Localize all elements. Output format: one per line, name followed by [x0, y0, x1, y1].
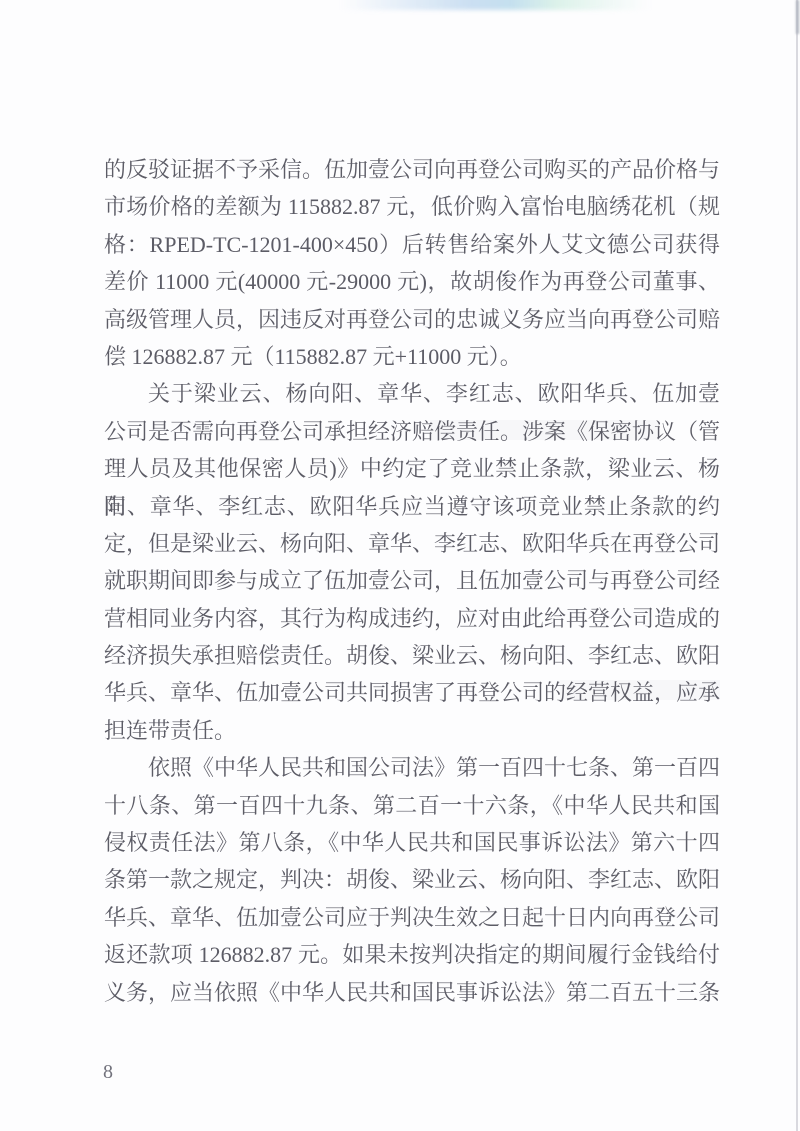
- text-line: 依照《中华人民共和国公司法》第一百四十七条、第一百四: [104, 749, 720, 786]
- text-line: 华兵、章华、伍加壹公司共同损害了再登公司的经营权益，应承: [104, 674, 720, 711]
- text-line: 十八条、第一百四十九条、第二百一十六条，《中华人民共和国: [104, 787, 720, 824]
- text-line: 差价 11000 元(40000 元-29000 元)，故胡俊作为再登公司董事、: [104, 263, 720, 300]
- scan-smudge-artifact: [340, 0, 650, 10]
- document-page: 的反驳证据不予采信。伍加壹公司向再登公司购买的产品价格与 市场价格的差额为 11…: [0, 0, 800, 1131]
- text-line: 华兵、章华、伍加壹公司应于判决生效之日起十日内向再登公司: [104, 899, 720, 936]
- text-line: 就职期间即参与成立了伍加壹公司，且伍加壹公司与再登公司经: [104, 562, 720, 599]
- text-line: 偿 126882.87 元（115882.87 元+11000 元）。: [104, 338, 720, 375]
- scan-edge-line-top: [796, 0, 799, 34]
- text-line: 公司是否需向再登公司承担经济赔偿责任。涉案《保密协议（管: [104, 413, 720, 450]
- text-line: 高级管理人员，因违反对再登公司的忠诚义务应当向再登公司赔: [104, 301, 720, 338]
- judgment-text-block: 的反驳证据不予采信。伍加壹公司向再登公司购买的产品价格与 市场价格的差额为 11…: [104, 151, 720, 1011]
- text-line: 担连带责任。: [104, 712, 720, 749]
- page-number: 8: [103, 1058, 113, 1086]
- text-line: 营相同业务内容，其行为构成违约，应对由此给再登公司造成的: [104, 600, 720, 637]
- text-line: 条第一款之规定，判决：胡俊、梁业云、杨向阳、李红志、欧阳: [104, 861, 720, 898]
- text-line: 的反驳证据不予采信。伍加壹公司向再登公司购买的产品价格与: [104, 151, 720, 188]
- text-line: 理人员及其他保密人员)》中约定了竞业禁止条款，梁业云、杨向: [104, 450, 720, 487]
- text-line: 阳、章华、李红志、欧阳华兵应当遵守该项竞业禁止条款的约: [104, 488, 720, 525]
- scan-edge-line: [796, 0, 798, 1131]
- text-line: 侵权责任法》第八条，《中华人民共和国民事诉讼法》第六十四: [104, 824, 720, 861]
- text-line: 定，但是梁业云、杨向阳、章华、李红志、欧阳华兵在再登公司: [104, 525, 720, 562]
- text-line: 返还款项 126882.87 元。如果未按判决指定的期间履行金钱给付: [104, 936, 720, 973]
- text-line: 市场价格的差额为 115882.87 元，低价购入富怡电脑绣花机（规: [104, 188, 720, 225]
- text-line: 义务，应当依照《中华人民共和国民事诉讼法》第二百五十三条: [104, 974, 720, 1011]
- text-line: 关于梁业云、杨向阳、章华、李红志、欧阳华兵、伍加壹: [104, 375, 720, 412]
- text-line: 经济损失承担赔偿责任。胡俊、梁业云、杨向阳、李红志、欧阳: [104, 637, 720, 674]
- text-line: 格：RPED-TC-1201-400×450）后转售给案外人艾文德公司获得: [104, 226, 720, 263]
